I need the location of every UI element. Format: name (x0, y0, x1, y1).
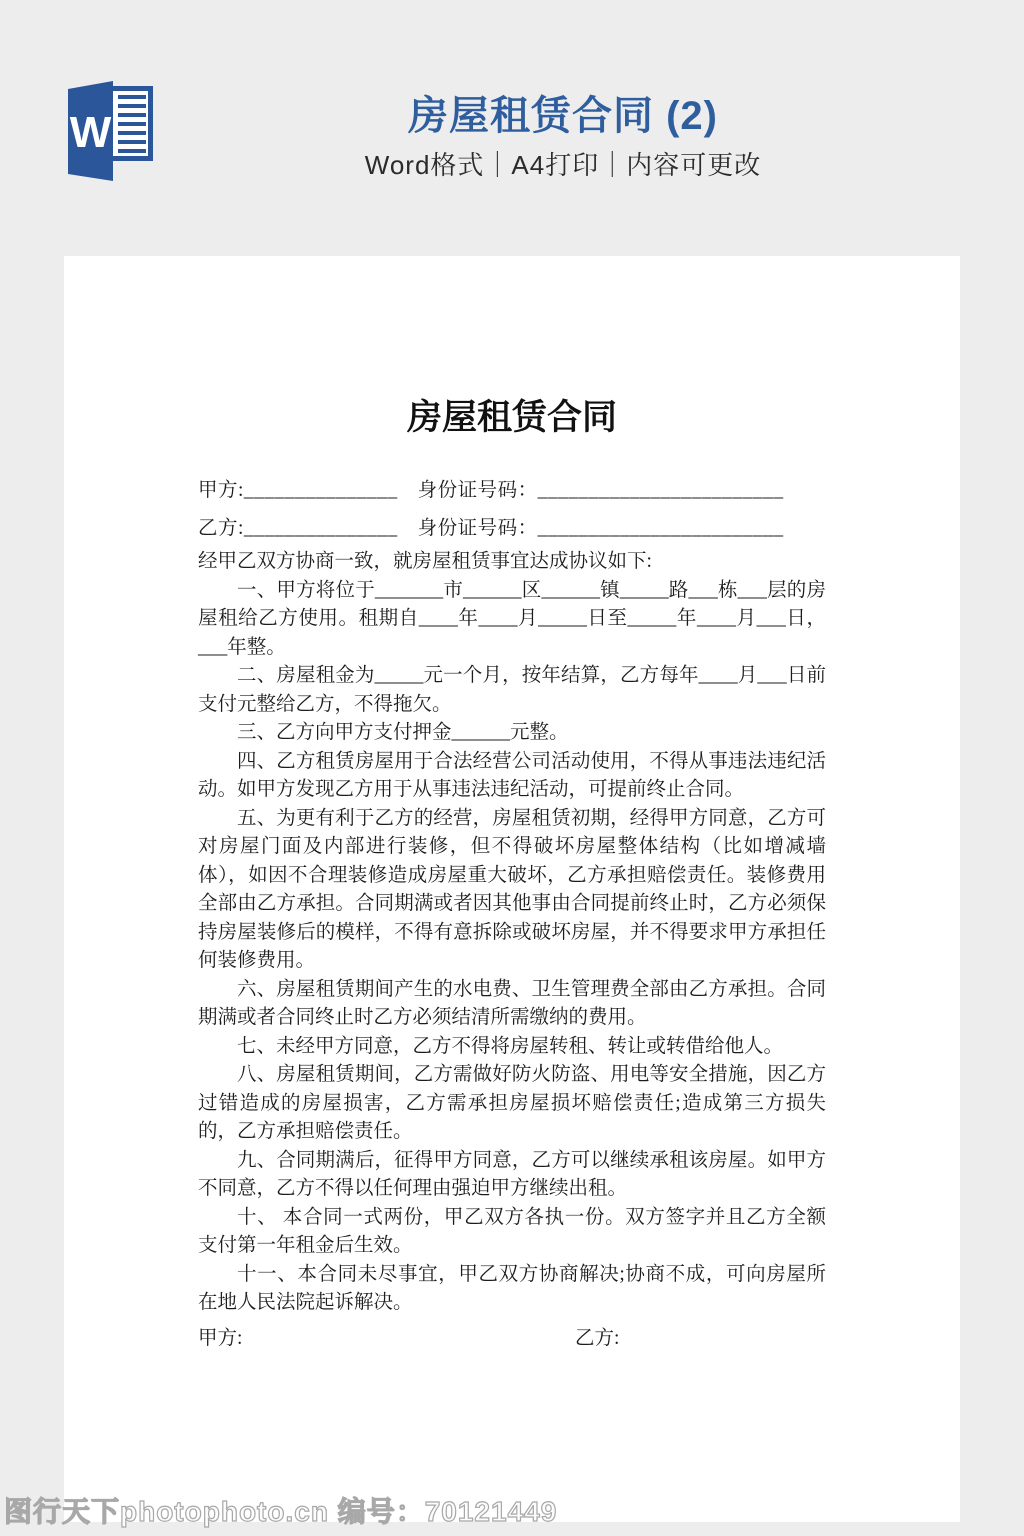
contract-clause: 四、乙方租赁房屋用于合法经营公司活动使用，不得从事违法违纪活动。如甲方发现乙方用… (198, 748, 826, 805)
watermark-text: 图行天下photophoto.cn 编号：70121449 (4, 1490, 557, 1530)
contract-clause: 七、未经甲方同意，乙方不得将房屋转租、转让或转借给他人。 (198, 1033, 826, 1062)
header-text-block: 房屋租赁合同 (2) Word格式｜A4打印｜内容可更改 (365, 94, 761, 179)
word-icon: W (62, 81, 156, 181)
party-line: 乙方:_______________ 身份证号码：_______________… (198, 510, 826, 548)
header: W 房屋租赁合同 (2) Word格式｜A4打印｜内容可更改 (0, 0, 1024, 256)
contract-clause: 八、房屋租赁期间，乙方需做好防火防盗、用电等安全措施，因乙方过错造成的房屋损害，… (198, 1061, 826, 1147)
contract-clause: 一、甲方将位于_______市______区______镇_____路___栋_… (198, 577, 826, 663)
signature-party-a: 甲方: (198, 1328, 242, 1349)
contract-clause: 三、乙方向甲方支付押金______元整。 (198, 719, 826, 748)
contract-clauses: 一、甲方将位于_______市______区______镇_____路___栋_… (198, 577, 826, 1318)
word-icon-letter: W (70, 108, 112, 157)
contract-clause: 六、房屋租赁期间产生的水电费、卫生管理费全部由乙方承担。合同期满或者合同终止时乙… (198, 976, 826, 1033)
header-title: 房屋租赁合同 (2) (365, 94, 761, 138)
page-canvas: W 房屋租赁合同 (2) Word格式｜A4打印｜内容可更改 房屋租赁合同 甲方… (0, 0, 1024, 1536)
signature-party-b: 乙方: (575, 1324, 619, 1354)
word-icon-graphic: W (62, 81, 156, 181)
intro-line: 经甲乙双方协商一致，就房屋租赁事宜达成协议如下: (198, 548, 826, 577)
signature-row: 甲方: 乙方: (198, 1324, 826, 1354)
header-subtitle: Word格式｜A4打印｜内容可更改 (365, 151, 761, 179)
contract-clause: 十一、本合同未尽事宜，甲乙双方协商解决;协商不成，可向房屋所在地人民法院起诉解决… (198, 1261, 826, 1318)
party-lines: 甲方:_______________ 身份证号码：_______________… (198, 472, 826, 548)
contract-clause: 五、为更有利于乙方的经营，房屋租赁初期，经得甲方同意，乙方可对房屋门面及内部进行… (198, 805, 826, 976)
contract-clause: 二、房屋租金为_____元一个月，按年结算，乙方每年____月___日前支付元整… (198, 662, 826, 719)
contract-clause: 九、合同期满后，征得甲方同意，乙方可以继续承租该房屋。如甲方不同意，乙方不得以任… (198, 1147, 826, 1204)
document-page: 房屋租赁合同 甲方:_______________ 身份证号码：________… (64, 256, 960, 1522)
contract-clause: 十、 本合同一式两份，甲乙双方各执一份。双方签字并且乙方全额支付第一年租金后生效… (198, 1204, 826, 1261)
document-title: 房屋租赁合同 (198, 394, 826, 442)
party-line: 甲方:_______________ 身份证号码：_______________… (198, 472, 826, 510)
